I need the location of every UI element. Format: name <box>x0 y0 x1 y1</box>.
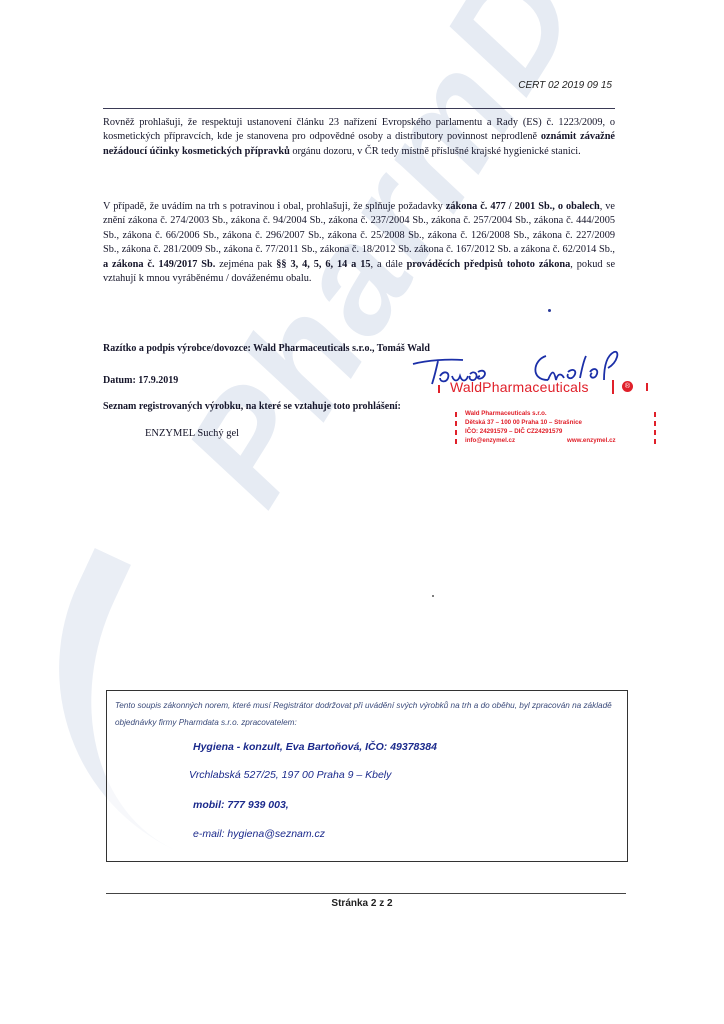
stamp-and-signature-label: Razítko a podpis výrobce/dovozce: Wald P… <box>103 343 430 354</box>
notice-text: Tento soupis zákonných norem, které musí… <box>115 697 620 731</box>
product-item: ENZYMEL Suchý gel <box>145 428 239 439</box>
date-label: Datum: 17.9.2019 <box>103 375 178 386</box>
ink-dot <box>432 595 434 597</box>
header-rule <box>103 108 615 109</box>
stamp-bar <box>438 385 440 393</box>
certificate-code: CERT 02 2019 09 15 <box>518 80 612 91</box>
stamp-bar <box>654 430 656 435</box>
paragraph-packaging-law: V případě, že uvádím na trh s potravinou… <box>103 200 615 286</box>
stamp-bar <box>654 439 656 444</box>
paragraph-cosmetics-reporting: Rovněž prohlašuji, že respektuji ustanov… <box>103 116 615 159</box>
processor-email: e-mail: hygiena@seznam.cz <box>193 828 325 840</box>
products-heading: Seznam registrovaných výrobku, na které … <box>103 401 401 412</box>
stamp-email-line: info@enzymel.cz <box>465 437 515 444</box>
stamp-bar <box>654 412 656 417</box>
stamp-brand: WaldPharmaceuticals <box>450 379 589 395</box>
stamp-bar <box>612 380 614 394</box>
document-page: CERT 02 2019 09 15 Rovněž prohlašuji, že… <box>0 0 724 1024</box>
stamp-bar <box>455 439 457 444</box>
stamp-bar <box>455 430 457 435</box>
processor-notice-box: Tento soupis zákonných norem, které musí… <box>106 690 628 862</box>
processor-company: Hygiena - konzult, Eva Bartoňová, IČO: 4… <box>193 741 437 753</box>
registered-mark-icon: ® <box>622 381 633 392</box>
stamp-bar <box>455 412 457 417</box>
stamp-ids-line: IČO: 24291579 – DIČ CZ24291579 <box>465 428 562 435</box>
stamp-address-line: Dětská 37 – 100 00 Praha 10 – Strašnice <box>465 419 582 426</box>
stamp-bar <box>646 383 648 391</box>
footer-rule <box>106 893 626 894</box>
page-number: Stránka 2 z 2 <box>0 898 724 909</box>
stamp-bar <box>455 421 457 426</box>
stamp-website: www.enzymel.cz <box>567 437 616 444</box>
processor-mobile: mobil: 777 939 003, <box>193 799 289 811</box>
stamp-company-line: Wald Pharmaceuticals s.r.o. <box>465 410 547 417</box>
stamp-bar <box>654 421 656 426</box>
processor-address: Vrchlabská 527/25, 197 00 Praha 9 – Kbel… <box>189 769 391 781</box>
ink-dot <box>548 309 551 312</box>
